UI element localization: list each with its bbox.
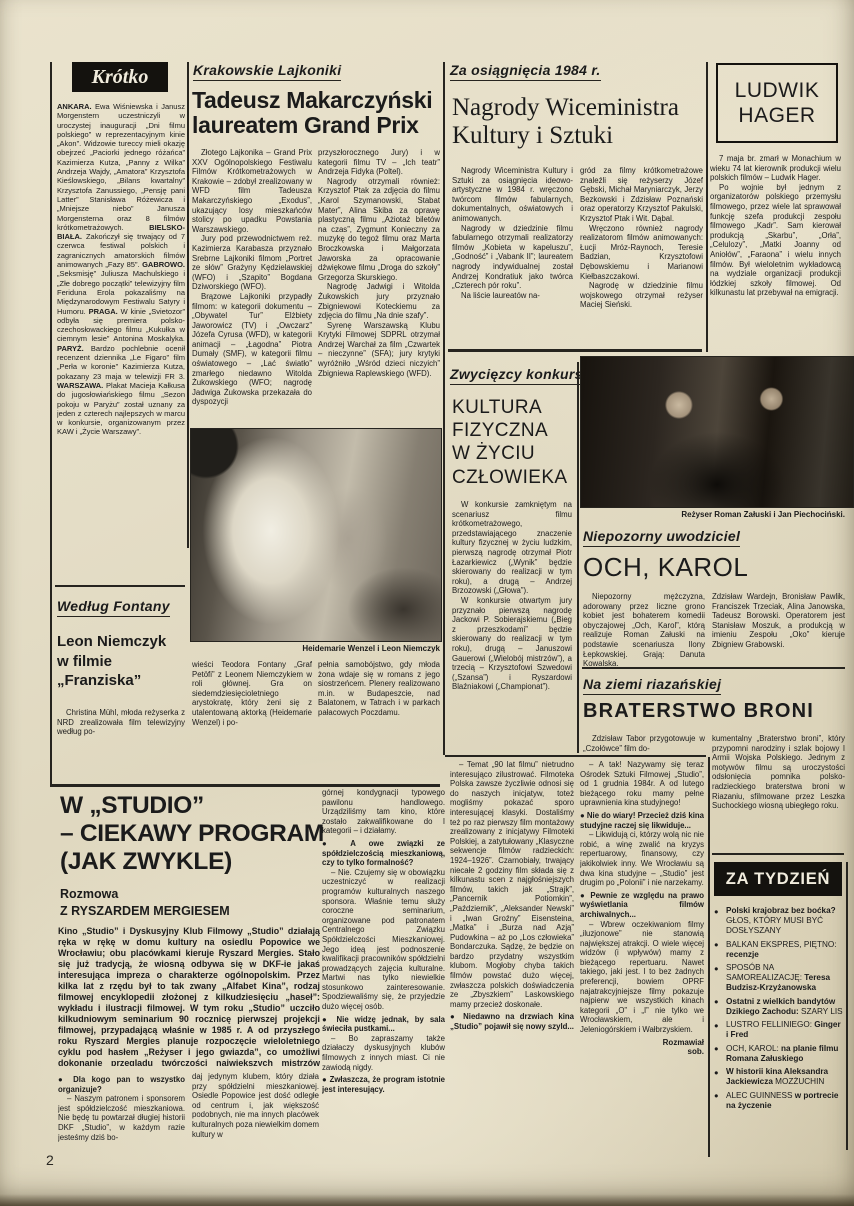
list-item: ●Ostatni z wielkich bandytów Dzikiego Za… <box>714 997 844 1017</box>
bullet-icon: ● <box>714 1091 719 1101</box>
interview-answer: – Bo zapraszamy także działaczy dyskusyj… <box>322 1034 445 1072</box>
column-rule <box>50 62 52 784</box>
nagrody-column-2: gród za filmy krótkometrażowe znaleźli s… <box>580 166 703 346</box>
article-kicker-lajkoniki: Krakowskie Lajkoniki <box>193 62 341 81</box>
item-text: GŁOS, KTÓRY MUSI BYĆ DOSŁYSZANY <box>726 916 823 935</box>
list-item: ●ALEC GUINNESS w portrecie na życzenie <box>714 1091 844 1111</box>
paragraph: gród za filmy krótkometrażowe znaleźli s… <box>580 166 703 224</box>
studio-column-5: – A tak! Nazywamy się teraz Ośrodek Sztu… <box>580 760 704 1120</box>
studio-column-1: ● Dla kogo pan to wszystko organizuje? –… <box>58 1072 185 1150</box>
paragraph: Jury pod przewodnictwem reż. Kazimierza … <box>192 234 312 292</box>
interview-question: ● A owe związki ze spółdzielczością mies… <box>322 839 445 868</box>
zaluski-set-photo <box>580 356 854 508</box>
list-item: ●BALKAN EKSPRES, PIĘTNO: recenzje <box>714 940 844 960</box>
article-kicker-riazanska: Na ziemi riazańskiej <box>583 676 721 695</box>
paragraph: Nagrody otrzymali również: Krzysztof Pta… <box>318 177 440 283</box>
city-dateline: WARSZAWA. <box>57 381 106 390</box>
paragraph: Nagrody Wiceministra Kultury i Sztuki za… <box>452 166 573 224</box>
krotko-news-column: ANKARA. Ewa Wiśniewska i Janusz Morgenst… <box>57 102 185 572</box>
makarczynski-column-2: przyszłorocznego Jury) i w kategorii fil… <box>318 148 440 416</box>
item-text: SZARY LIS <box>799 1007 843 1016</box>
kultura-body: W konkursie zamkniętym na scenariusz fil… <box>452 500 572 750</box>
paragraph: Wręczono również nagrody realizatorom fi… <box>580 224 703 282</box>
bullet-icon: ● <box>714 907 719 917</box>
section-divider <box>582 667 845 669</box>
studio-column-4: – Temat „90 lat filmu” nietrudno interes… <box>450 760 574 1152</box>
paragraph: Niepozorny mężczyzna, adorowany przez li… <box>583 592 705 666</box>
braterstwo-column-1: Zdzisław Tabor przygotowuje w „Czołówce”… <box>583 734 705 756</box>
interview-question: ● Nie do wiary! Przecież dziś kina study… <box>580 811 704 830</box>
kultura-headline: KULTURA FIZYCZNA W ŻYCIU CZŁOWIEKA <box>452 396 577 489</box>
zaluski-photo-caption: Reżyser Roman Załuski i Jan Piechociński… <box>600 510 845 519</box>
paragraph: pełnia samobójstwo, gdy młoda żona wdaje… <box>318 660 440 718</box>
franziska-headline: Leon Niemczyk w filmie „Franziska” <box>57 632 187 691</box>
page-number: 2 <box>46 1152 54 1168</box>
wedding-photo-caption: Heidemarie Wenzel i Leon Niemczyk <box>190 644 440 653</box>
paragraph: Syrenę Warszawską Klubu Krytyki Filmowej… <box>318 321 440 379</box>
paragraph: przyszłorocznego Jury) i w kategorii fil… <box>318 148 440 177</box>
bullet-icon: ● <box>714 940 719 950</box>
city-dateline: PARYŻ. <box>57 344 91 353</box>
list-item: ●W historii kina Aleksandra Jackiewicza … <box>714 1067 844 1087</box>
section-divider <box>50 784 440 787</box>
kicker-label: Krakowskie Lajkoniki <box>193 62 341 81</box>
studio-column-3: górnej kondygnacji typowego pawilonu han… <box>322 788 445 1166</box>
hager-obituary-box: LUDWIK HAGER <box>716 63 838 143</box>
kicker-label: Niepozorny uwodziciel <box>583 528 740 547</box>
bullet-icon: ● <box>714 1068 719 1078</box>
braterstwo-column-2: kumentalny „Braterstwo broni”, który prz… <box>712 734 845 846</box>
column-rule <box>443 62 445 755</box>
paragraph: 7 maja br. zmarł w Monachium w wieku 74 … <box>710 154 841 183</box>
paragraph: Nagrodę Jadwigi i Witolda Żukowskich jur… <box>318 282 440 320</box>
paragraph: W konkursie otwartym jury przyznało pier… <box>452 596 572 692</box>
list-item: ●LUSTRO FELLINIEGO: Ginger i Fred <box>714 1020 844 1040</box>
interview-answer: – A tak! Nazywamy się teraz Ośrodek Sztu… <box>580 760 704 808</box>
franziska-column-1: wieści Teodora Fontany „Graf Petöfi” z L… <box>192 660 312 752</box>
column-rule <box>187 62 189 548</box>
paragraph: Nagrodę w dziedzinie filmu wojskowego ot… <box>580 281 703 310</box>
city-dateline: GABROWO. <box>142 260 185 269</box>
studio-headline: W „STUDIO” – CIEKAWY PROGRAM (JAK ZWYKLE… <box>60 792 360 876</box>
paragraph: Zdzisław Tabor przygotowuje w „Czołówce”… <box>583 734 705 753</box>
nagrody-headline: Nagrody Wiceministra Kultury i Sztuki <box>452 94 708 150</box>
column-rule <box>708 757 710 1157</box>
bullet-icon: ● <box>714 1021 719 1031</box>
makarczynski-headline: Tadeusz Makarczyński laureatem Grand Pri… <box>192 88 444 138</box>
interview-answer: – Likwidują ci, którzy wolą nic nie robi… <box>580 830 704 888</box>
franziska-column-2: pełnia samobójstwo, gdy młoda żona wdaje… <box>318 660 440 752</box>
section-divider <box>55 585 185 587</box>
city-dateline: PRAGA. <box>89 307 121 316</box>
interview-question: ● Dla kogo pan to wszystko organizuje? <box>58 1075 185 1094</box>
interview-answer: – Temat „90 lat filmu” nietrudno interes… <box>450 760 574 1009</box>
interview-question: ● Zwłaszcza, że program istotnie jest in… <box>322 1075 445 1094</box>
paragraph: Na liście laureatów na- <box>452 291 573 301</box>
paragraph: Christina Mühl, młoda reżyserka z NRD zr… <box>57 708 185 737</box>
list-item: ●OCH, KAROL: na planie filmu Romana Zału… <box>714 1044 844 1064</box>
item-text: ALEC GUINNESS <box>726 1091 792 1100</box>
city-dateline: ANKARA. <box>57 102 95 111</box>
nagrody-column-1: Nagrody Wiceministra Kultury i Sztuki za… <box>452 166 573 346</box>
za-tydzien-header: ZA TYDZIEŃ <box>714 862 842 896</box>
newspaper-page: Krótko ANKARA. Ewa Wiśniewska i Janusz M… <box>0 0 854 1206</box>
column-rule <box>577 362 579 753</box>
article-kicker-fontany: Według Fontany <box>57 598 170 617</box>
och-karol-headline: OCH, KAROL <box>583 552 843 583</box>
hager-obituary-text: 7 maja br. zmarł w Monachium w wieku 74 … <box>710 154 841 350</box>
interview-question: ● Pewnie ze względu na prawo wyświetlani… <box>580 891 704 920</box>
item-text: SPOSÓB NA SAMOREALIZACJĘ: <box>726 963 802 982</box>
article-kicker-zwyciezcy: Zwycięzcy konkursu <box>450 366 592 385</box>
studio-subtitle: Rozmowa Z RYSZARDEM MERGIESEM <box>60 886 320 920</box>
paragraph: Po wojnie był jednym z organizatorów pol… <box>710 183 841 298</box>
studio-intro: Kino „Studio” i Dyskusyjny Klub Filmowy … <box>58 926 320 1066</box>
byline-initials: sob. <box>688 1047 704 1056</box>
interview-answer: – Wbrew oczekiwaniom filmy „iluzjonowe” … <box>580 920 704 1035</box>
kicker-label: Na ziemi riazańskiej <box>583 676 721 695</box>
krotko-section-header: Krótko <box>72 62 168 92</box>
och-karol-column-1: Niepozorny mężczyzna, adorowany przez li… <box>583 592 705 666</box>
item-text: Polski krajobraz bez boćka? <box>726 906 836 915</box>
item-text: recenzje <box>726 950 759 959</box>
kicker-label: Według Fontany <box>57 598 170 617</box>
article-kicker-uwodziciel: Niepozorny uwodziciel <box>583 528 740 547</box>
interview-byline: Rozmawiał sob. <box>580 1038 704 1057</box>
paragraph: Zdzisław Wardejn, Bronisław Pawlik, Fran… <box>712 592 845 650</box>
studio-column-2: daj jedynym klubem, który działa przy sp… <box>192 1072 319 1150</box>
news-text: Ewa Wiśniewska i Janusz Morgenstern ucze… <box>57 102 185 232</box>
och-karol-column-2: Zdzisław Wardejn, Bronisław Pawlik, Fran… <box>712 592 845 666</box>
bullet-icon: ● <box>714 964 719 974</box>
paragraph: Nagrody w dziedzinie filmu fabularnego o… <box>452 224 573 291</box>
item-text: LUSTRO FELLINIEGO: <box>726 1020 812 1029</box>
news-text: Plakat Macieja Kałkusa do jugosłowiański… <box>57 381 185 436</box>
paragraph: Brązowe Lajkoniki przypadły filmom: w ka… <box>192 292 312 407</box>
braterstwo-headline: BRATERSTWO BRONI <box>583 700 845 723</box>
article-kicker-osiagniecia: Za osiągnięcia 1984 r. <box>450 62 601 81</box>
za-tydzien-title: ZA TYDZIEŃ <box>726 870 831 889</box>
item-text: MOZŻUCHIN <box>773 1077 824 1086</box>
hager-obituary-title: LUDWIK HAGER <box>718 79 836 129</box>
paragraph: Złotego Lajkonika – Grand Prix XXV Ogóln… <box>192 148 312 234</box>
section-divider <box>712 853 844 855</box>
list-item: ●SPOSÓB NA SAMOREALIZACJĘ: Teresa Budzis… <box>714 963 844 993</box>
bullet-icon: ● <box>714 997 719 1007</box>
item-text: OCH, KAROL: <box>726 1044 779 1053</box>
wedding-scene-photo <box>190 428 442 642</box>
paragraph: kumentalny „Braterstwo broni”, który prz… <box>712 734 845 811</box>
section-divider <box>448 349 702 352</box>
kicker-label: Za osiągnięcia 1984 r. <box>450 62 601 81</box>
bullet-icon: ● <box>714 1044 719 1054</box>
franziska-lede: Christina Mühl, młoda reżyserka z NRD zr… <box>57 708 185 780</box>
column-rule <box>846 862 848 1150</box>
byline-text: Rozmawiał <box>663 1038 704 1047</box>
interview-question: ● Nie widzę jednak, by sala świeciła pus… <box>322 1015 445 1034</box>
interview-answer: daj jedynym klubem, który działa przy sp… <box>192 1072 319 1139</box>
kicker-label: Zwycięzcy konkursu <box>450 366 592 385</box>
paragraph: W konkursie zamkniętym na scenariusz fil… <box>452 500 572 596</box>
list-item: ●Polski krajobraz bez boćka? GŁOS, KTÓRY… <box>714 906 844 936</box>
item-text: BALKAN EKSPRES, PIĘTNO: <box>726 940 837 949</box>
krotko-section-title: Krótko <box>92 66 149 89</box>
interview-answer: górnej kondygnacji typowego pawilonu han… <box>322 788 445 836</box>
za-tydzien-list: ●Polski krajobraz bez boćka? GŁOS, KTÓRY… <box>714 906 844 1114</box>
paragraph: wieści Teodora Fontany „Graf Petöfi” z L… <box>192 660 312 727</box>
makarczynski-column-1: Złotego Lajkonika – Grand Prix XXV Ogóln… <box>192 148 312 426</box>
interview-answer: – Naszym patronem i sponsorem jest spółd… <box>58 1094 185 1142</box>
interview-answer: – Nie. Czujemy się w obowiązku uczestnic… <box>322 868 445 1012</box>
interview-question: ● Niedawno na drzwiach kina „Studio” poj… <box>450 1012 574 1031</box>
